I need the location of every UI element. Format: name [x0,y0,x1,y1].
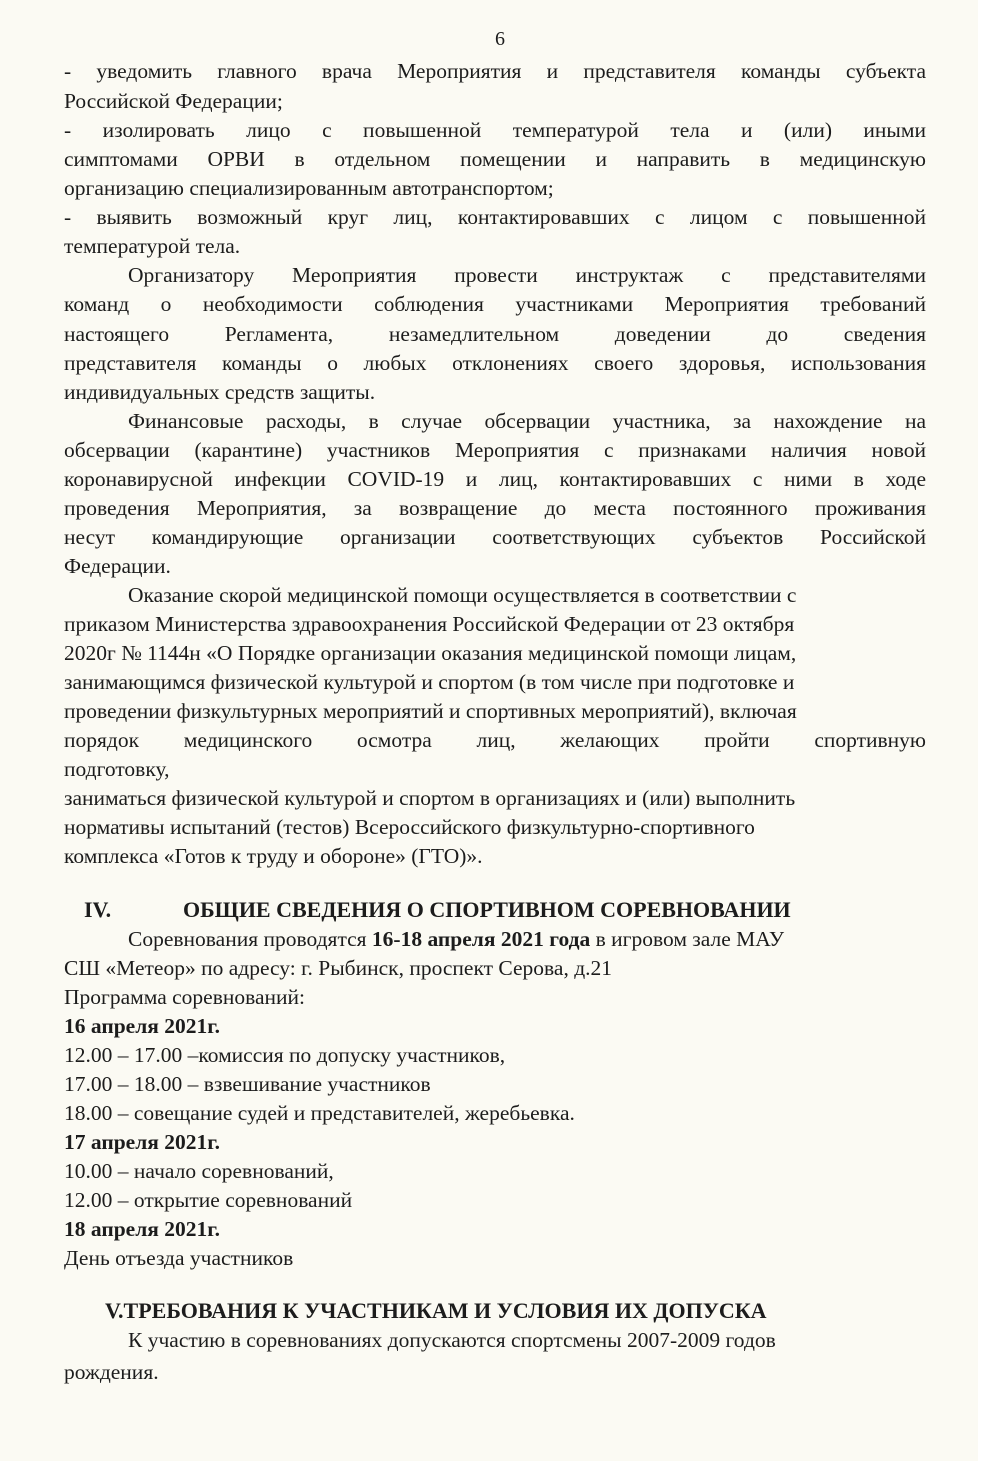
paragraph-medical-line: занимающимся физической культурой и спор… [64,668,794,696]
paragraph-medical-line: 2020г № 1144н «О Порядке организации ока… [64,639,796,667]
program-label: Программа соревнований: [64,983,305,1011]
intro-text: в игровом зале МАУ [590,927,784,951]
program-item: 12.00 – 17.00 –комиссия по допуску участ… [64,1041,505,1069]
paragraph-organizer-line: индивидуальных средств защиты. [64,378,375,406]
program-item: 18.00 – совещание судей и представителей… [64,1099,575,1127]
paragraph-finance-line: обсервации (карантине) участников Меропр… [64,436,926,464]
bullet-line: Российской Федерации; [64,87,283,115]
paragraph-organizer-line: команд о необходимости соблюдения участн… [64,290,926,318]
section-4-address: СШ «Метеор» по адресу: г. Рыбинск, просп… [64,954,612,982]
paragraph-finance-line: Федерации. [64,552,171,580]
paragraph-medical-line: Оказание скорой медицинской помощи осуще… [128,581,796,609]
section-4-number: IV. [84,896,111,924]
section-4-title: ОБЩИЕ СВЕДЕНИЯ О СПОРТИВНОМ СОРЕВНОВАНИИ [183,896,791,924]
bullet-line: температурой тела. [64,232,240,260]
intro-text: Соревнования проводятся [128,927,372,951]
paragraph-medical-line: нормативы испытаний (тестов) Всероссийск… [64,813,755,841]
bullet-line: симптомами ОРВИ в отдельном помещении и … [64,145,926,173]
intro-dates: 16-18 апреля 2021 года [372,927,590,951]
section-5-text: К участию в соревнованиях допускаются сп… [128,1326,776,1354]
program-day-date: 18 апреля 2021г. [64,1215,220,1243]
paragraph-medical-line: приказом Министерства здравоохранения Ро… [64,610,794,638]
paragraph-organizer-line: Организатору Мероприятия провести инстру… [128,261,926,289]
paragraph-finance-line: проведения Мероприятия, за возвращение д… [64,494,926,522]
section-5-title: V.ТРЕБОВАНИЯ К УЧАСТНИКАМ И УСЛОВИЯ ИХ Д… [105,1297,767,1325]
section-4-intro: Соревнования проводятся 16-18 апреля 202… [128,925,784,953]
section-5-text: рождения. [64,1358,159,1386]
paragraph-finance-line: Финансовые расходы, в случае обсервации … [128,407,926,435]
paragraph-medical-line: проведении физкультурных мероприятий и с… [64,697,797,725]
program-day-date: 17 апреля 2021г. [64,1128,220,1156]
paragraph-finance-line: несут командирующие организации соответс… [64,523,926,551]
paragraph-organizer-line: настоящего Регламента, незамедлительном … [64,320,926,348]
program-item: 17.00 – 18.00 – взвешивание участников [64,1070,431,1098]
page-number: 6 [0,28,1000,51]
program-day-date: 16 апреля 2021г. [64,1012,220,1040]
program-item: День отъезда участников [64,1244,293,1272]
paragraph-medical-line: заниматься физической культурой и спорто… [64,784,795,812]
paragraph-medical-line: порядок медицинского осмотра лиц, желающ… [64,726,926,754]
paragraph-medical-line: комплекса «Готов к труду и обороне» (ГТО… [64,842,483,870]
paragraph-finance-line: коронавирусной инфекции COVID-19 и лиц, … [64,465,926,493]
bullet-line: - изолировать лицо с повышенной температ… [64,116,926,144]
program-item: 12.00 – открытие соревнований [64,1186,352,1214]
bullet-line: - выявить возможный круг лиц, контактиро… [64,203,926,231]
paragraph-medical-line: подготовку, [64,755,169,783]
bullet-line: организацию специализированным автотранс… [64,174,554,202]
page-edge [978,0,1000,1461]
bullet-line: - уведомить главного врача Мероприятия и… [64,57,926,85]
program-item: 10.00 – начало соревнований, [64,1157,334,1185]
paragraph-organizer-line: представителя команды о любых отклонения… [64,349,926,377]
